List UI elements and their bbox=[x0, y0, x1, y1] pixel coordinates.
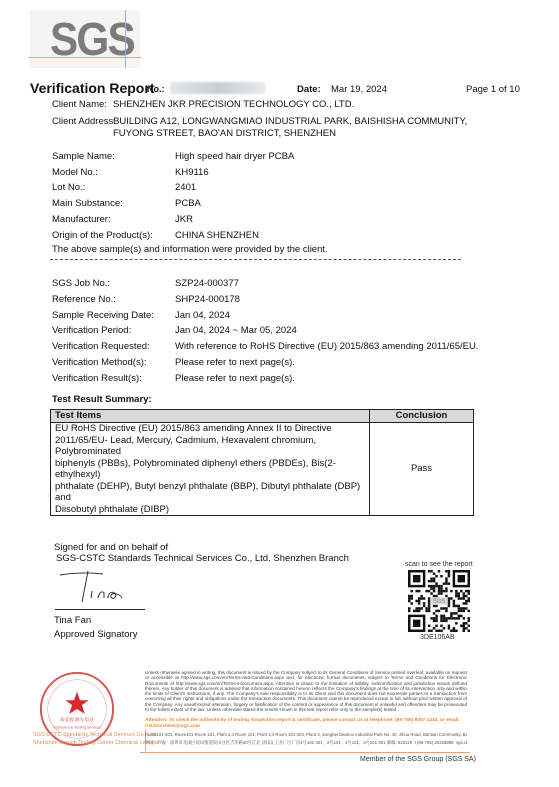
test-item-cell: EU RoHS Directive (EU) 2015/863 amending… bbox=[51, 423, 370, 516]
logo-rule-vertical bbox=[125, 10, 126, 68]
signatory-name: Tina Fan bbox=[54, 615, 91, 627]
stamp-company-line: SGS-CSTC Standards Technical Services Co… bbox=[33, 732, 157, 738]
svg-text:Inspection & Testing Services: Inspection & Testing Services bbox=[53, 726, 101, 730]
date-value: Mar 19, 2024 bbox=[331, 84, 387, 95]
page-indicator: Page 1 of 10 bbox=[466, 84, 520, 95]
client-address-line2: FUYONG STREET, BAO'AN DISTRICT, SHENZHEN bbox=[113, 128, 336, 140]
report-number-label: No.: bbox=[147, 84, 165, 94]
authenticity-notice: Attention: To check the authenticity of … bbox=[145, 718, 467, 729]
footer-rule bbox=[140, 752, 470, 753]
svg-text:检验检测专用章: 检验检测专用章 bbox=[60, 717, 94, 724]
sample-field-value: JKR bbox=[175, 214, 193, 226]
sample-field-value: PCBA bbox=[175, 198, 201, 210]
job-field-value: Jan 04, 2024 bbox=[175, 310, 230, 322]
client-address-line1: BUILDING A12, LONGWANGMIAO INDUSTRIAL PA… bbox=[113, 116, 467, 128]
job-field-value: Jan 04, 2024 ~ Mar 05, 2024 bbox=[175, 325, 297, 337]
test-item-line: Diisobutyl phthalate (DIBP) bbox=[55, 504, 365, 516]
client-name-value: SHENZHEN JKR PRECISION TECHNOLOGY CO., L… bbox=[113, 99, 354, 111]
sample-field-value: 2401 bbox=[175, 182, 196, 194]
qr-caption: scan to see the report bbox=[405, 561, 473, 568]
col-header-test-items: Test Items bbox=[51, 410, 370, 423]
sample-field-label: Model No.: bbox=[52, 167, 98, 179]
svg-text:SGS: SGS bbox=[433, 599, 446, 605]
signature-line bbox=[55, 609, 145, 610]
summary-title: Test Result Summary: bbox=[52, 394, 152, 405]
signing-company: SGS-CSTC Standards Technical Services Co… bbox=[56, 553, 349, 565]
sample-field-label: Origin of the Product(s): bbox=[52, 230, 153, 242]
qr-code-text: 3DE106AB bbox=[420, 634, 455, 641]
job-field-label: SGS Job No.: bbox=[52, 278, 110, 290]
test-item-line: EU RoHS Directive (EU) 2015/863 amending… bbox=[55, 423, 365, 435]
result-table: Test Items Conclusion EU RoHS Directive … bbox=[50, 409, 474, 516]
footer-address-cn: 中国 · 广东 · 深圳市龙岗区坂田街道坂田社区吉华路40号江北 (坂田) 工业… bbox=[145, 740, 467, 746]
qr-code[interactable]: SGS bbox=[408, 570, 470, 632]
job-field-value: With reference to RoHS Directive (EU) 20… bbox=[175, 341, 478, 353]
col-header-conclusion: Conclusion bbox=[370, 410, 474, 423]
test-item-line: biphenyls (PBBs), Polybrominated dipheny… bbox=[55, 458, 365, 481]
job-field-label: Reference No.: bbox=[52, 294, 116, 306]
job-field-value: Please refer to next page(s). bbox=[175, 357, 295, 369]
footer-email[interactable]: sgs.china@sgs.com bbox=[456, 740, 467, 745]
sgs-member-note: Member of the SGS Group (SGS SA) bbox=[360, 756, 476, 763]
client-name-label: Client Name: bbox=[52, 99, 107, 111]
sample-field-label: Manufacturer: bbox=[52, 214, 111, 226]
sample-field-value: KH9116 bbox=[175, 167, 209, 179]
job-field-label: Verification Result(s): bbox=[52, 373, 142, 385]
test-item-line: phthalate (DEHP), Butyl benzyl phthalate… bbox=[55, 481, 365, 504]
signature-handwriting bbox=[58, 567, 138, 607]
report-number-redacted bbox=[170, 82, 265, 94]
job-field-value: SHP24-000178 bbox=[175, 294, 240, 306]
job-field-label: Verification Method(s): bbox=[52, 357, 147, 369]
job-field-value: SZP24-000377 bbox=[175, 278, 239, 290]
job-field-label: Sample Receiving Date: bbox=[52, 310, 154, 322]
sample-field-label: Main Substance: bbox=[52, 198, 123, 210]
dashed-divider bbox=[50, 259, 461, 260]
client-address-label: Client Address: bbox=[52, 116, 116, 128]
date-label: Date: bbox=[297, 84, 321, 95]
job-field-value: Please refer to next page(s). bbox=[175, 373, 295, 385]
sample-field-label: Lot No.: bbox=[52, 182, 85, 194]
disclaimer-text: Unless otherwise agreed in writing, this… bbox=[145, 670, 467, 712]
sample-note: The above sample(s) and information were… bbox=[52, 244, 328, 256]
job-field-label: Verification Requested: bbox=[52, 341, 150, 353]
report-title: Verification Report bbox=[30, 80, 154, 96]
conclusion-cell: Pass bbox=[370, 423, 474, 516]
sample-field-value: CHINA SHENZHEN bbox=[175, 230, 259, 242]
signatory-role: Approved Signatory bbox=[54, 629, 137, 641]
result-row: EU RoHS Directive (EU) 2015/863 amending… bbox=[51, 423, 474, 516]
sample-field-value: High speed hair dryer PCBA bbox=[175, 151, 294, 163]
test-item-line: 2011/65/EU- Lead, Mercury, Cadmium, Hexa… bbox=[55, 435, 365, 458]
job-field-label: Verification Period: bbox=[52, 325, 131, 337]
footer-address-en: Room101-401, Room401-Room 101, Plant 2,4… bbox=[145, 732, 467, 737]
sample-field-label: Sample Name: bbox=[52, 151, 115, 163]
